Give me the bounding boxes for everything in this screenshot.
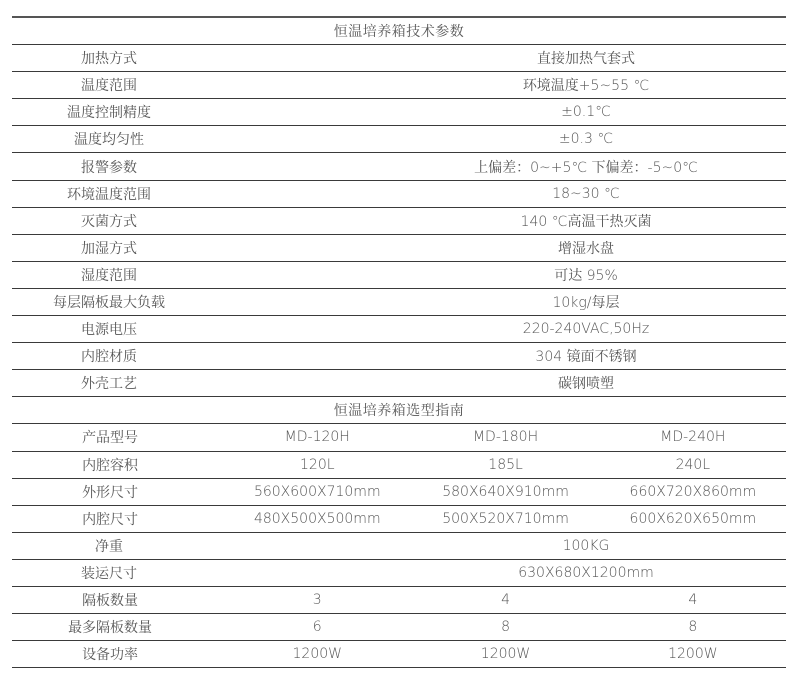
selection-value: 660X720X860mm [600, 484, 786, 500]
selection-value: 3 [223, 592, 411, 608]
selection-value: 8 [600, 619, 786, 635]
selection-row-external-dimensions: 外形尺寸 560X600X710mm 580X640X910mm 660X720… [12, 478, 786, 505]
selection-label: 产品型号 [12, 427, 208, 447]
selection-label: 隔板数量 [12, 590, 208, 610]
selection-value: 500X520X710mm [411, 511, 599, 527]
spec-row-humidification: 加湿方式 增湿水盘 [12, 234, 786, 261]
spec-row-ambient-temperature: 环境温度范围 18~30 ℃ [12, 180, 786, 207]
spec-label: 报警参数 [12, 157, 206, 177]
spec-row-chamber-material: 内腔材质 304 镜面不锈钢 [12, 342, 786, 369]
selection-value: 240L [600, 457, 786, 473]
spec-table-title-row: 恒温培养箱技术参数 [12, 16, 786, 44]
selection-value: 120L [223, 457, 411, 473]
selection-value: 4 [411, 592, 599, 608]
spec-table-title: 恒温培养箱技术参数 [12, 21, 786, 41]
spec-row-sterilization: 灭菌方式 140 ℃高温干热灭菌 [12, 207, 786, 234]
selection-row-max-shelf-count: 最多隔板数量 6 8 8 [12, 613, 786, 640]
selection-table-title: 恒温培养箱选型指南 [12, 400, 786, 420]
spec-value: 碳钢喷塑 [386, 373, 786, 393]
selection-label: 装运尺寸 [12, 563, 206, 583]
selection-row-shelf-count: 隔板数量 3 4 4 [12, 586, 786, 613]
spec-row-alarm-parameters: 报警参数 上偏差：0~+5℃ 下偏差：-5~0℃ [12, 152, 786, 179]
selection-value: 1200W [600, 646, 786, 662]
spec-value: 可达 95% [386, 265, 786, 285]
incubator-spec-table: 恒温培养箱技术参数 加热方式 直接加热气套式 温度范围 环境温度+5~55 ℃ … [12, 16, 786, 668]
spec-value: ±0.1℃ [386, 104, 786, 120]
selection-value: 630X680X1200mm [386, 565, 786, 581]
spec-value: 10kg/每层 [386, 292, 786, 312]
selection-row-shipping-dimensions: 装运尺寸 630X680X1200mm [12, 559, 786, 586]
spec-label: 电源电压 [12, 319, 206, 339]
selection-value: 4 [600, 592, 786, 608]
spec-label: 外壳工艺 [12, 373, 206, 393]
selection-label: 最多隔板数量 [12, 617, 208, 637]
spec-row-humidity-range: 湿度范围 可达 95% [12, 261, 786, 288]
spec-value: ±0.3 ℃ [386, 131, 786, 147]
spec-value: 上偏差：0~+5℃ 下偏差：-5~0℃ [386, 157, 786, 177]
selection-label: 内腔尺寸 [12, 509, 208, 529]
spec-value: 直接加热气套式 [386, 48, 786, 68]
selection-row-model: 产品型号 MD-120H MD-180H MD-240H [12, 423, 786, 450]
selection-row-chamber-dimensions: 内腔尺寸 480X500X500mm 500X520X710mm 600X620… [12, 505, 786, 532]
spec-label: 环境温度范围 [12, 184, 206, 204]
model-name: MD-240H [600, 429, 786, 445]
spec-row-heating-method: 加热方式 直接加热气套式 [12, 44, 786, 71]
selection-row-power: 设备功率 1200W 1200W 1200W [12, 640, 786, 668]
selection-value: 1200W [223, 646, 411, 662]
selection-table-title-row: 恒温培养箱选型指南 [12, 396, 786, 423]
spec-value: 18~30 ℃ [386, 186, 786, 202]
spec-value: 增湿水盘 [386, 238, 786, 258]
selection-value: 560X600X710mm [223, 484, 411, 500]
selection-value: 480X500X500mm [223, 511, 411, 527]
spec-label: 加湿方式 [12, 238, 206, 258]
spec-row-shell-process: 外壳工艺 碳钢喷塑 [12, 369, 786, 396]
spec-row-temperature-range: 温度范围 环境温度+5~55 ℃ [12, 71, 786, 98]
selection-label: 设备功率 [12, 644, 208, 664]
spec-row-shelf-load: 每层隔板最大负载 10kg/每层 [12, 288, 786, 315]
selection-value: 8 [411, 619, 599, 635]
model-name: MD-120H [223, 429, 411, 445]
selection-label: 内腔容积 [12, 455, 208, 475]
spec-value: 220-240VAC,50Hz [386, 321, 786, 337]
spec-label: 温度均匀性 [12, 129, 206, 149]
spec-label: 内腔材质 [12, 346, 206, 366]
selection-label: 净重 [12, 536, 206, 556]
selection-value: 6 [223, 619, 411, 635]
selection-value: 100KG [386, 538, 786, 554]
spec-row-temperature-uniformity: 温度均匀性 ±0.3 ℃ [12, 125, 786, 152]
spec-value: 304 镜面不锈钢 [386, 346, 786, 366]
selection-label: 外形尺寸 [12, 482, 208, 502]
spec-label: 加热方式 [12, 48, 206, 68]
selection-row-chamber-volume: 内腔容积 120L 185L 240L [12, 451, 786, 478]
model-name: MD-180H [411, 429, 599, 445]
spec-label: 湿度范围 [12, 265, 206, 285]
spec-label: 每层隔板最大负载 [12, 292, 206, 312]
spec-label: 灭菌方式 [12, 211, 206, 231]
spec-value: 140 ℃高温干热灭菌 [386, 211, 786, 231]
spec-row-temperature-accuracy: 温度控制精度 ±0.1℃ [12, 98, 786, 125]
selection-value: 1200W [411, 646, 599, 662]
spec-row-power-supply: 电源电压 220-240VAC,50Hz [12, 315, 786, 342]
selection-value: 580X640X910mm [411, 484, 599, 500]
selection-value: 185L [411, 457, 599, 473]
spec-label: 温度范围 [12, 75, 206, 95]
spec-label: 温度控制精度 [12, 102, 206, 122]
selection-value: 600X620X650mm [600, 511, 786, 527]
selection-row-net-weight: 净重 100KG [12, 532, 786, 559]
spec-value: 环境温度+5~55 ℃ [386, 75, 786, 95]
